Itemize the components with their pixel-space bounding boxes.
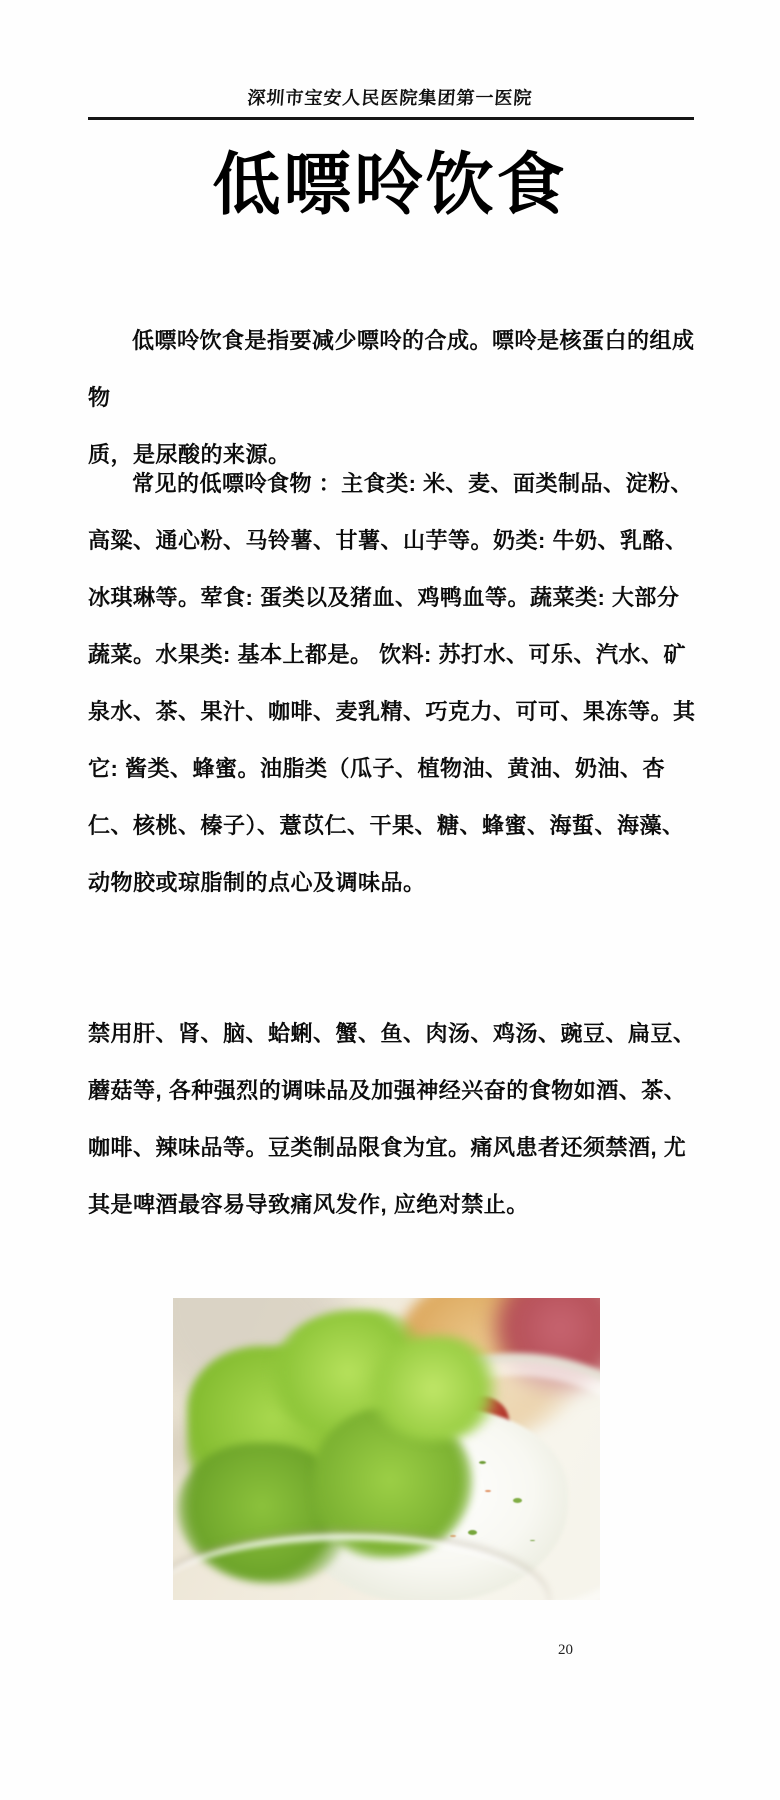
food-photo (173, 1298, 600, 1600)
document-page: 深圳市宝安人民医院集团第一医院 低嘌呤饮食 低嘌呤饮食是指要减少嘌呤的合成。嘌呤… (0, 0, 780, 1800)
paragraph-allowed-foods: 常见的低嘌呤食物 ：主食类: 米、麦、面类制品、淀粉、 高粱、通心粉、马铃薯、甘… (88, 455, 712, 911)
photo-lettuce-leaf (368, 1336, 498, 1441)
page-number: 20 (558, 1642, 573, 1659)
hospital-header: 深圳市宝安人民医院集团第一医院 (0, 84, 780, 110)
header-rule (88, 117, 694, 120)
paragraph-forbidden-foods: 禁用肝、肾、脑、蛤蜊、蟹、鱼、肉汤、鸡汤、豌豆、扁豆、 蘑菇等, 各种强烈的调味… (88, 1005, 712, 1233)
page-title: 低嘌呤饮食 (0, 146, 780, 224)
